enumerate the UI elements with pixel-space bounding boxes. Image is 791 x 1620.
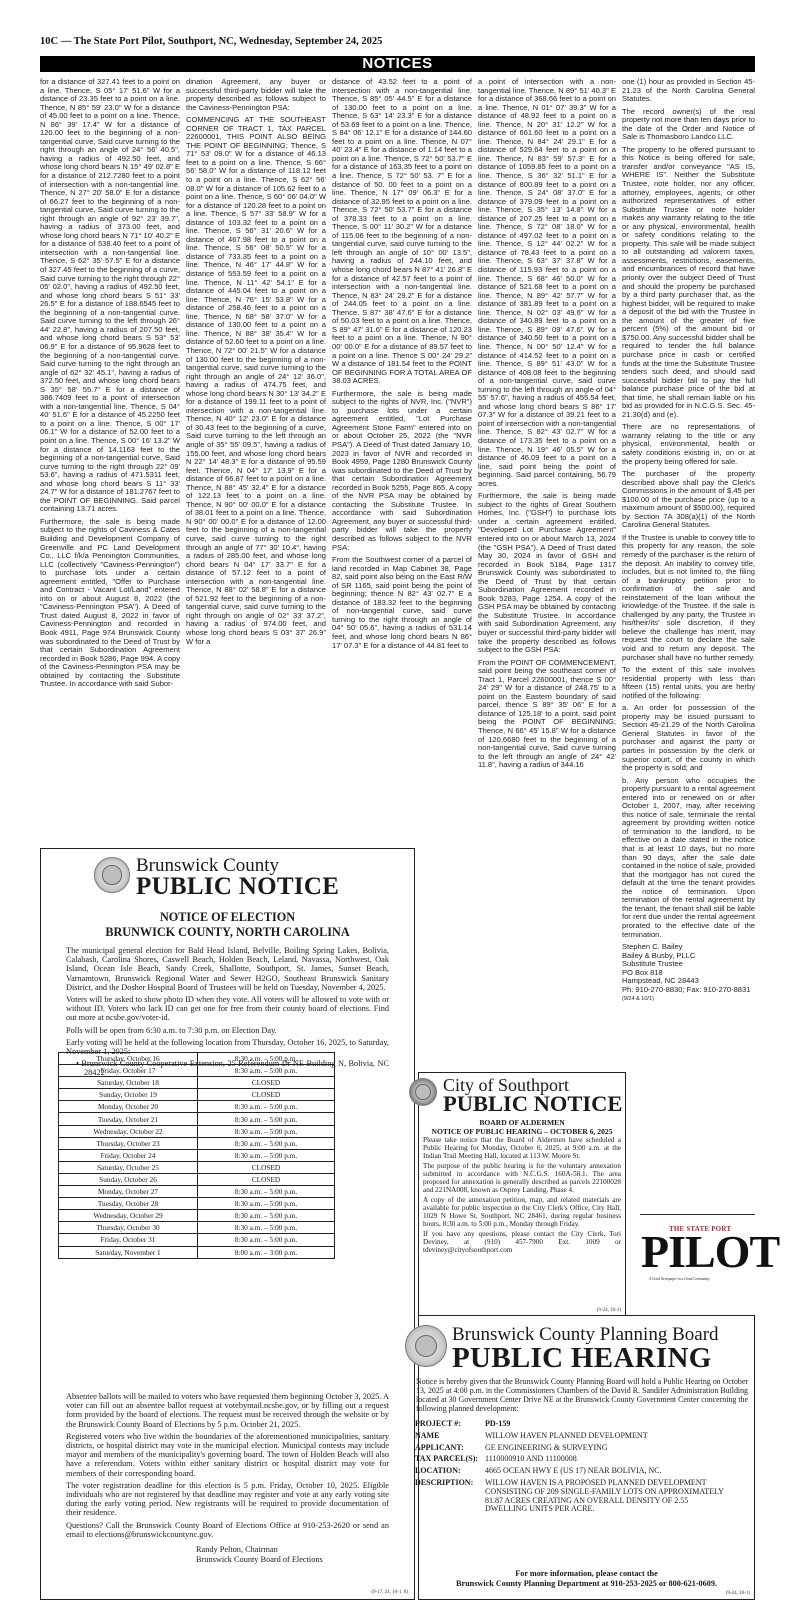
- schedule-row: Thursday, October 168:30 a.m. – 5:00 p.m…: [59, 1053, 335, 1065]
- legal-paragraph: To the extent of this sale involves resi…: [622, 666, 755, 700]
- election-notice-box: Brunswick County PUBLIC NOTICE NOTICE OF…: [40, 848, 415, 1600]
- schedule-hours: 8:30 a.m. – 5:00 p.m.: [198, 1149, 335, 1161]
- election-signer-name: Randy Pelton, Chairman: [196, 1545, 323, 1555]
- southport-paragraph: A copy of the annexation petition, map, …: [423, 1197, 621, 1229]
- southport-subtitle: BOARD OF ALDERMEN: [419, 1118, 625, 1127]
- early-voting-schedule-table: Thursday, October 168:30 a.m. – 5:00 p.m…: [58, 1052, 335, 1259]
- schedule-day: Thursday, October 30: [59, 1222, 198, 1234]
- schedule-hours: 8:30 a.m. – 5:00 p.m.: [198, 1125, 335, 1137]
- schedule-row: Friday, October 318:30 a.m. – 5:00 p.m.: [59, 1234, 335, 1246]
- schedule-hours: 8:30 a.m. – 5:00 p.m.: [198, 1198, 335, 1210]
- legal-column-5: one (1) hour as provided in Section 45-2…: [622, 78, 755, 1118]
- schedule-hours: CLOSED: [198, 1173, 335, 1185]
- legal-paragraph: b. Any person who occupies the property …: [622, 777, 755, 939]
- legal-paragraph: Furthermore, the sale is being made subj…: [478, 492, 616, 654]
- southport-body: Please take notice that the Board of Ald…: [423, 1137, 621, 1258]
- legal-paragraph: COMMENCING AT THE SOUTHEAST CORNER OF TR…: [186, 116, 326, 646]
- schedule-row: Thursday, October 308:30 a.m. – 5:00 p.m…: [59, 1222, 335, 1234]
- schedule-day: Thursday, October 23: [59, 1137, 198, 1149]
- schedule-day: Sunday, October 19: [59, 1089, 198, 1101]
- legal-paragraph: dination Agreement, any buyer or success…: [186, 78, 326, 112]
- election-body-2: Absentee ballots will be mailed to voter…: [66, 1392, 389, 1542]
- legal-paragraph: From the POINT OF COMMENCEMENT, said poi…: [478, 659, 616, 770]
- schedule-row: Thursday, October 238:30 a.m. – 5:00 p.m…: [59, 1137, 335, 1149]
- trustee-run-dates: (9/24 & 10/1): [622, 995, 755, 1004]
- schedule-day: Tuesday, October 28: [59, 1198, 198, 1210]
- legal-paragraph: a. An order for possession of the proper…: [622, 704, 755, 772]
- election-paragraph: The municipal general election for Bald …: [66, 946, 389, 992]
- legal-paragraph: The record owner(s) of the real property…: [622, 108, 755, 142]
- brunswick-county-seal-icon: [94, 857, 130, 893]
- schedule-row: Saturday, October 25CLOSED: [59, 1161, 335, 1173]
- section-banner-title: NOTICES: [40, 56, 755, 72]
- schedule-hours: CLOSED: [198, 1161, 335, 1173]
- schedule-day: Thursday, October 16: [59, 1053, 198, 1065]
- southport-notice-box: City of Southport PUBLIC NOTICE BOARD OF…: [418, 1072, 626, 1317]
- election-paragraph: Voters will be asked to show photo ID wh…: [66, 995, 389, 1023]
- election-paragraph: Registered voters who live within the bo…: [66, 1432, 389, 1478]
- state-port-pilot-logo: THE STATE PORT PILOT A Good Newspaper in…: [641, 1225, 757, 1305]
- schedule-day: Wednesday, October 22: [59, 1125, 198, 1137]
- election-paragraph: Absentee ballots will be mailed to voter…: [66, 1392, 389, 1429]
- schedule-hours: 8:00 a.m. – 3:00 p.m.: [198, 1246, 335, 1258]
- schedule-hours: 8:30 a.m. – 5:00 p.m.: [198, 1101, 335, 1113]
- schedule-row: Wednesday, October 228:30 a.m. – 5:00 p.…: [59, 1125, 335, 1137]
- southport-paragraph: The purpose of the public hearing is for…: [423, 1163, 621, 1195]
- page-folio: 10C — The State Port Pilot, Southport, N…: [40, 36, 382, 47]
- legal-paragraph: for a distance of 327.41 feet to a point…: [40, 78, 180, 514]
- southport-title: NOTICE OF PUBLIC HEARING – OCTOBER 6, 20…: [419, 1127, 625, 1136]
- election-paragraph: Questions? Call the Brunswick County Boa…: [66, 1521, 389, 1539]
- schedule-day: Wednesday, October 29: [59, 1210, 198, 1222]
- legal-column-1: for a distance of 327.41 feet to a point…: [40, 78, 180, 846]
- schedule-day: Friday, October 17: [59, 1065, 198, 1077]
- planning-footer-line2: Brunswick County Planning Department at …: [419, 1579, 754, 1589]
- schedule-row: Saturday, November 18:00 a.m. – 3:00 p.m…: [59, 1246, 335, 1258]
- project-field-row: DESCRIPTION:WILLOW HAVEN IS A PROPOSED P…: [415, 1479, 730, 1517]
- project-field-label: DESCRIPTION:: [415, 1479, 485, 1517]
- project-field-value: WILLOW HAVEN PLANNED DEVELOPMENT: [485, 1432, 730, 1444]
- project-field-value: WILLOW HAVEN IS A PROPOSED PLANNED DEVEL…: [485, 1479, 730, 1517]
- schedule-day: Saturday, October 18: [59, 1077, 198, 1089]
- project-field-row: NAMEWILLOW HAVEN PLANNED DEVELOPMENT: [415, 1432, 730, 1444]
- legal-paragraph: distance of 43.52 feet to a point of int…: [332, 78, 472, 386]
- schedule-hours: 8:30 a.m. – 5:00 p.m.: [198, 1186, 335, 1198]
- schedule-row: Friday, October 248:30 a.m. – 5:00 p.m.: [59, 1149, 335, 1161]
- southport-header: PUBLIC NOTICE: [443, 1092, 622, 1116]
- trustee-phone: Ph: 910-270-8830; Fax: 910-270-8831: [622, 986, 755, 995]
- trustee-signature: Stephen C. Bailey Bailey & Busby, PLLC S…: [622, 943, 755, 1003]
- election-paragraph: Polls will be open from 6:30 a.m. to 7:3…: [66, 1026, 389, 1035]
- schedule-row: Wednesday, October 298:30 a.m. – 5:00 p.…: [59, 1210, 335, 1222]
- legal-paragraph: From the Southwest corner of a parcel of…: [332, 556, 472, 650]
- schedule-hours: CLOSED: [198, 1089, 335, 1101]
- schedule-hours: CLOSED: [198, 1077, 335, 1089]
- election-title: NOTICE OF ELECTION BRUNWICK COUNTY, NORT…: [41, 910, 414, 940]
- southport-paragraph: Please take notice that the Board of Ald…: [423, 1137, 621, 1161]
- schedule-hours: 8:30 a.m. – 5:00 p.m.: [198, 1210, 335, 1222]
- legal-paragraph: Furthermore, the sale is being made subj…: [332, 390, 472, 552]
- election-paragraph: The voter registration deadline for this…: [66, 1481, 389, 1518]
- schedule-day: Monday, October 27: [59, 1186, 198, 1198]
- planning-run-dates: (9-24, 10-1): [726, 1591, 750, 1596]
- legal-paragraph: The property to be offered pursuant to t…: [622, 146, 755, 420]
- legal-paragraph: If the Trustee is unable to convey title…: [622, 534, 755, 662]
- schedule-hours: 8:30 a.m. – 5:00 p.m.: [198, 1113, 335, 1125]
- planning-project-details: PROJECT #:PD-159NAMEWILLOW HAVEN PLANNED…: [415, 1420, 730, 1517]
- schedule-day: Monday, October 20: [59, 1101, 198, 1113]
- planning-hearing-box: Brunswick County Planning Board PUBLIC H…: [418, 1315, 755, 1600]
- schedule-day: Friday, October 24: [59, 1149, 198, 1161]
- pilot-logo-tagline: A Good Newspaper in a Good Community: [649, 1277, 710, 1281]
- planning-footer-line1: For more information, please contact the: [419, 1569, 754, 1579]
- pilot-logo-name: PILOT: [641, 1229, 779, 1275]
- schedule-day: Sunday, October 26: [59, 1173, 198, 1185]
- election-signature: Randy Pelton, Chairman Brunswick County …: [196, 1545, 323, 1564]
- schedule-row: Saturday, October 18CLOSED: [59, 1077, 335, 1089]
- section-banner: NOTICES: [40, 56, 755, 72]
- planning-header: PUBLIC HEARING: [452, 1343, 712, 1373]
- election-title-line2: BRUNWICK COUNTY, NORTH CAROLINA: [41, 925, 414, 940]
- brunswick-county-seal-icon: [405, 1325, 447, 1367]
- election-title-line1: NOTICE OF ELECTION: [41, 910, 414, 925]
- legal-paragraph: one (1) hour as provided in Section 45-2…: [622, 78, 755, 104]
- schedule-day: Tuesday, October 21: [59, 1113, 198, 1125]
- schedule-row: Monday, October 278:30 a.m. – 5:00 p.m.: [59, 1186, 335, 1198]
- election-signer-org: Brunswick County Board of Elections: [196, 1555, 323, 1565]
- schedule-day: Friday, October 31: [59, 1234, 198, 1246]
- schedule-row: Monday, October 208:30 a.m. – 5:00 p.m.: [59, 1101, 335, 1113]
- legal-paragraph: The purchaser of the property described …: [622, 470, 755, 530]
- election-header: PUBLIC NOTICE: [136, 874, 339, 900]
- schedule-row: Sunday, October 19CLOSED: [59, 1089, 335, 1101]
- legal-paragraph: There are no representations of warranty…: [622, 423, 755, 466]
- legal-column-4: a point of intersection with a non-tange…: [478, 78, 616, 846]
- election-run-dates: (9-17, 24, 10-1, 8): [371, 1590, 408, 1595]
- legal-column-3: distance of 43.52 feet to a point of int…: [332, 78, 472, 846]
- schedule-hours: 8:30 a.m. – 5:00 p.m.: [198, 1053, 335, 1065]
- southport-paragraph: If you have any questions, please contac…: [423, 1231, 621, 1255]
- column-divider: [640, 1214, 755, 1215]
- schedule-day: Saturday, November 1: [59, 1246, 198, 1258]
- schedule-row: Sunday, October 26CLOSED: [59, 1173, 335, 1185]
- schedule-hours: 8:30 a.m. – 5:00 p.m.: [198, 1222, 335, 1234]
- schedule-row: Tuesday, October 288:30 a.m. – 5:00 p.m.: [59, 1198, 335, 1210]
- legal-paragraph: Furthermore, the sale is being made subj…: [40, 518, 180, 689]
- schedule-row: Tuesday, October 218:30 a.m. – 5:00 p.m.: [59, 1113, 335, 1125]
- schedule-day: Saturday, October 25: [59, 1161, 198, 1173]
- project-field-label: NAME: [415, 1432, 485, 1444]
- planning-intro: Notice is hereby given that the Brunswic…: [416, 1378, 748, 1414]
- schedule-hours: 8:30 a.m. – 5:00 p.m.: [198, 1065, 335, 1077]
- legal-paragraph: a point of intersection with a non-tange…: [478, 78, 616, 488]
- city-of-southport-seal-icon: [409, 1078, 437, 1106]
- schedule-row: Friday, October 178:30 a.m. – 5:00 p.m.: [59, 1065, 335, 1077]
- legal-column-2: dination Agreement, any buyer or success…: [186, 78, 326, 846]
- schedule-hours: 8:30 a.m. – 5:00 p.m.: [198, 1137, 335, 1149]
- planning-contact-footer: For more information, please contact the…: [419, 1569, 754, 1588]
- southport-run-dates: (9-24, 10-1): [597, 1308, 621, 1313]
- schedule-hours: 8:30 a.m. – 5:00 p.m.: [198, 1234, 335, 1246]
